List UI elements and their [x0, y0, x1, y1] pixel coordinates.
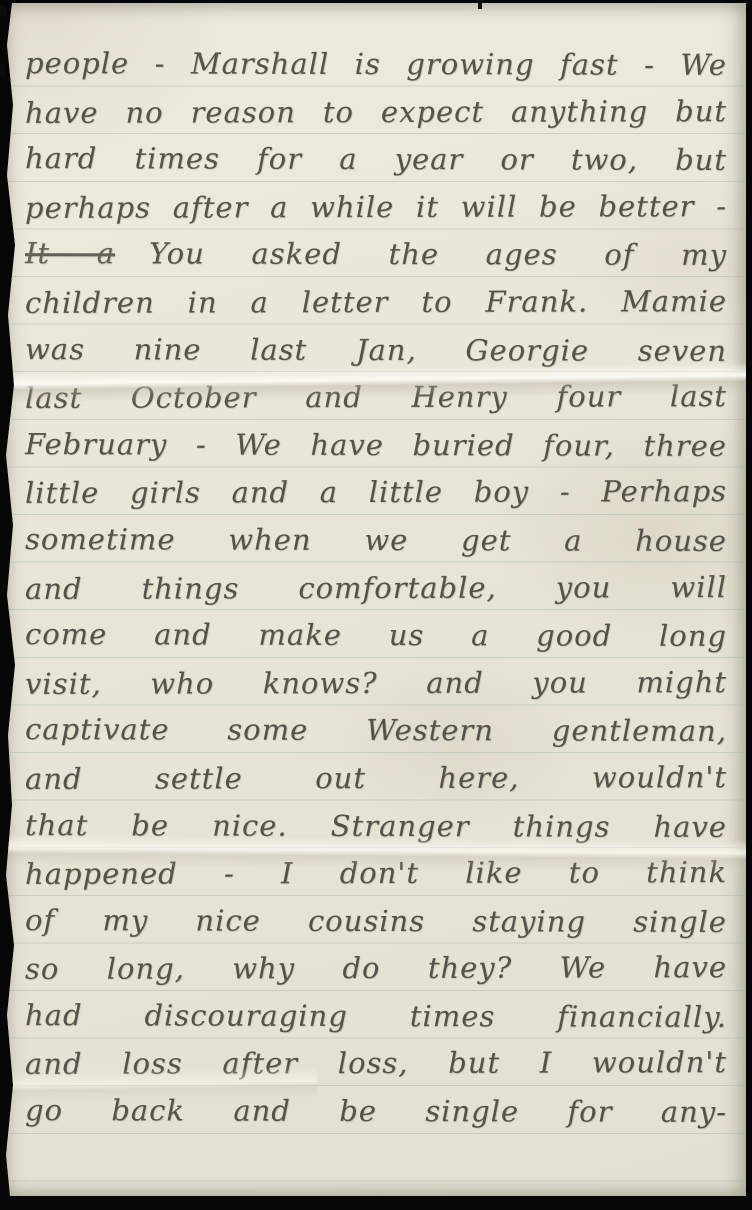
handwritten-line: have no reason to expect anything but	[25, 86, 727, 135]
handwritten-line-text: You asked the ages of my	[149, 237, 727, 273]
handwritten-line: that be nice. Stranger things have	[25, 800, 727, 849]
handwritten-line: happened - I don't like to think	[25, 847, 727, 896]
handwritten-line: and loss after loss, but I wouldn't	[25, 1038, 727, 1087]
struck-out-text: It a	[25, 236, 115, 270]
handwritten-line: sometime when we get a house	[25, 514, 727, 563]
handwritten-line: come and make us a good long	[25, 609, 727, 658]
letter-page: people - Marshall is growing fast - We h…	[3, 3, 746, 1196]
handwritten-line: captivate some Western gentleman,	[25, 704, 727, 753]
handwritten-line: so long, why do they? We have	[25, 942, 727, 991]
handwritten-line: had discouraging times financially.	[25, 990, 727, 1039]
handwritten-text-block: people - Marshall is growing fast - We h…	[25, 39, 727, 1134]
scan-artifact-fleck	[0, 6, 6, 16]
handwritten-line: perhaps after a while it will be better …	[25, 181, 727, 230]
handwritten-line: February - We have buried four, three	[25, 419, 727, 468]
scan-artifact-notch	[478, 0, 482, 9]
handwritten-line: go back and be single for any-	[25, 1085, 727, 1134]
scan-background: people - Marshall is growing fast - We h…	[0, 0, 752, 1210]
handwritten-line: little girls and a little boy - Perhaps	[25, 466, 727, 515]
handwritten-line: and things comfortable, you will	[25, 562, 727, 611]
handwritten-line: It aYou asked the ages of my	[25, 228, 727, 277]
handwritten-line: hard times for a year or two, but	[25, 133, 727, 182]
handwritten-line: last October and Henry four last	[25, 371, 727, 420]
handwritten-line: people - Marshall is growing fast - We	[25, 38, 727, 87]
handwritten-line: of my nice cousins staying single	[25, 895, 727, 944]
scan-artifact-fleck	[0, 64, 5, 76]
handwritten-line: and settle out here, wouldn't	[25, 752, 727, 801]
handwritten-line: visit, who knows? and you might	[25, 657, 727, 706]
handwritten-line: children in a letter to Frank. Mamie	[25, 276, 727, 325]
handwritten-line: was nine last Jan, Georgie seven	[25, 324, 727, 373]
